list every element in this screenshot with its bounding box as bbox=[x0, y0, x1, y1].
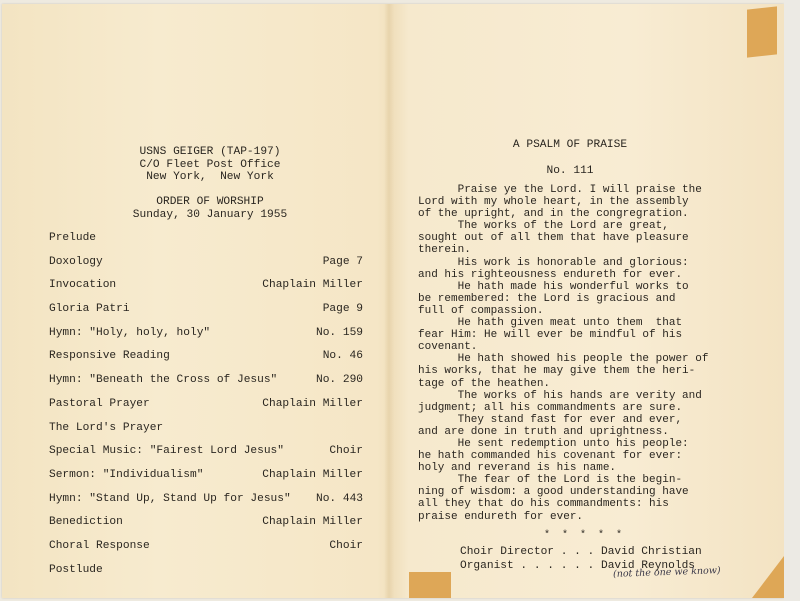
separator-stars: * * * * * bbox=[544, 530, 625, 541]
order-item-detail: No. 443 bbox=[316, 493, 363, 517]
psalm-line: and are done in truth and uprightness. bbox=[418, 426, 708, 438]
order-item-name: Gloria Patri bbox=[49, 303, 130, 327]
order-item-detail: Chaplain Miller bbox=[262, 279, 363, 303]
psalm-line: sought out of all them that have pleasur… bbox=[418, 232, 708, 244]
scanner-background bbox=[784, 0, 800, 601]
psalm-line: ning of wisdom: a good understanding hav… bbox=[418, 486, 708, 498]
order-item-detail: Page 9 bbox=[323, 303, 363, 327]
order-of-worship-title: ORDER OF WORSHIP bbox=[100, 196, 320, 209]
order-item: Prelude bbox=[49, 232, 363, 256]
order-item: Hymn: "Holy, holy, holy"No. 159 bbox=[49, 327, 363, 351]
order-item: The Lord's Prayer bbox=[49, 422, 363, 446]
psalm-line: tage of the heathen. bbox=[418, 378, 708, 390]
order-item-name: Invocation bbox=[49, 279, 116, 303]
order-item: Pastoral PrayerChaplain Miller bbox=[49, 398, 363, 422]
order-item-name: Hymn: "Beneath the Cross of Jesus" bbox=[49, 374, 277, 398]
psalm-line: Lord with my whole heart, in the assembl… bbox=[418, 196, 708, 208]
order-item-detail: No. 159 bbox=[316, 327, 363, 351]
order-item-name: Benediction bbox=[49, 516, 123, 540]
order-item-name: Pastoral Prayer bbox=[49, 398, 150, 422]
order-item-name: Hymn: "Holy, holy, holy" bbox=[49, 327, 210, 351]
psalm-line: all they that do his commandments: his bbox=[418, 498, 708, 510]
psalm-line: The works of his hands are verity and bbox=[418, 390, 708, 402]
order-item-name: Choral Response bbox=[49, 540, 150, 564]
service-title-block: ORDER OF WORSHIP Sunday, 30 January 1955 bbox=[100, 196, 320, 221]
order-item: BenedictionChaplain Miller bbox=[49, 516, 363, 540]
psalm-line: He hath made his wonderful works to bbox=[418, 281, 708, 293]
order-item-detail: No. 46 bbox=[323, 350, 363, 374]
order-item-detail: No. 290 bbox=[316, 374, 363, 398]
psalm-line: The works of the Lord are great, bbox=[418, 220, 708, 232]
order-item-name: Special Music: "Fairest Lord Jesus" bbox=[49, 445, 284, 469]
psalm-title: A PSALM OF PRAISE bbox=[410, 139, 730, 151]
order-item: Responsive ReadingNo. 46 bbox=[49, 350, 363, 374]
order-item: Special Music: "Fairest Lord Jesus"Choir bbox=[49, 445, 363, 469]
order-item-detail: Choir bbox=[329, 540, 363, 564]
order-item-name: Postlude bbox=[49, 564, 103, 588]
tape-top-right bbox=[747, 6, 777, 57]
center-fold bbox=[384, 4, 394, 598]
order-item: Postlude bbox=[49, 564, 363, 588]
order-item-name: Prelude bbox=[49, 232, 96, 256]
order-item: Gloria PatriPage 9 bbox=[49, 303, 363, 327]
address-line-2: New York, New York bbox=[100, 171, 320, 184]
order-item: Sermon: "Individualism"Chaplain Miller bbox=[49, 469, 363, 493]
address-line-1: C/O Fleet Post Office bbox=[100, 159, 320, 172]
psalm-line: judgment; all his commandments are sure. bbox=[418, 402, 708, 414]
credit-role: Choir Director . . . bbox=[460, 546, 594, 558]
psalm-line: Praise ye the Lord. I will praise the bbox=[418, 184, 708, 196]
psalm-line: fear Him: He will ever be mindful of his bbox=[418, 329, 708, 341]
psalm-line: and his righteousness endureth for ever. bbox=[418, 269, 708, 281]
order-item-detail: Chaplain Miller bbox=[262, 516, 363, 540]
order-item: Choral ResponseChoir bbox=[49, 540, 363, 564]
credit-name: David Christian bbox=[601, 546, 702, 558]
psalm-line: The fear of the Lord is the begin- bbox=[418, 474, 708, 486]
order-item-detail: Page 7 bbox=[323, 256, 363, 280]
psalm-line: His work is honorable and glorious: bbox=[418, 257, 708, 269]
psalm-line: of the upright, and in the congregration… bbox=[418, 208, 708, 220]
order-item-name: Responsive Reading bbox=[49, 350, 170, 374]
order-item-name: Doxology bbox=[49, 256, 103, 280]
psalm-line: He hath showed his people the power of bbox=[418, 353, 708, 365]
order-item: Hymn: "Beneath the Cross of Jesus"No. 29… bbox=[49, 374, 363, 398]
psalm-line: covenant. bbox=[418, 341, 708, 353]
order-of-worship-list: PreludeDoxologyPage 7InvocationChaplain … bbox=[49, 232, 363, 587]
tape-bottom-middle bbox=[409, 572, 451, 598]
ship-name: USNS GEIGER (TAP-197) bbox=[100, 146, 320, 159]
psalm-line: holy and reverand is his name. bbox=[418, 462, 708, 474]
psalm-line: he hath commanded his covenant for ever: bbox=[418, 450, 708, 462]
psalm-line: He sent redemption unto his people: bbox=[418, 438, 708, 450]
order-item-detail: Chaplain Miller bbox=[262, 469, 363, 493]
order-item-name: Hymn: "Stand Up, Stand Up for Jesus" bbox=[49, 493, 291, 517]
psalm-line: his works, that he may give them the her… bbox=[418, 365, 708, 377]
psalm-line: therein. bbox=[418, 244, 708, 256]
psalm-line: full of compassion. bbox=[418, 305, 708, 317]
order-item-detail: Chaplain Miller bbox=[262, 398, 363, 422]
psalm-line: They stand fast for ever and ever, bbox=[418, 414, 708, 426]
psalm-line: He hath given meat unto them that bbox=[418, 317, 708, 329]
order-item: DoxologyPage 7 bbox=[49, 256, 363, 280]
credit-row: Choir Director . . . David Christian bbox=[460, 545, 702, 559]
order-item-name: The Lord's Prayer bbox=[49, 422, 163, 446]
psalm-text: Praise ye the Lord. I will praise theLor… bbox=[418, 184, 708, 523]
psalm-number: No. 111 bbox=[410, 165, 730, 177]
order-item: InvocationChaplain Miller bbox=[49, 279, 363, 303]
order-item-detail: Choir bbox=[329, 445, 363, 469]
order-item-name: Sermon: "Individualism" bbox=[49, 469, 203, 493]
psalm-line: praise endureth for ever. bbox=[418, 511, 708, 523]
ship-address-block: USNS GEIGER (TAP-197) C/O Fleet Post Off… bbox=[100, 146, 320, 184]
order-item: Hymn: "Stand Up, Stand Up for Jesus"No. … bbox=[49, 493, 363, 517]
psalm-line: be remembered: the Lord is gracious and bbox=[418, 293, 708, 305]
credit-role: Organist . . . . . . bbox=[460, 560, 594, 572]
service-date: Sunday, 30 January 1955 bbox=[100, 209, 320, 222]
